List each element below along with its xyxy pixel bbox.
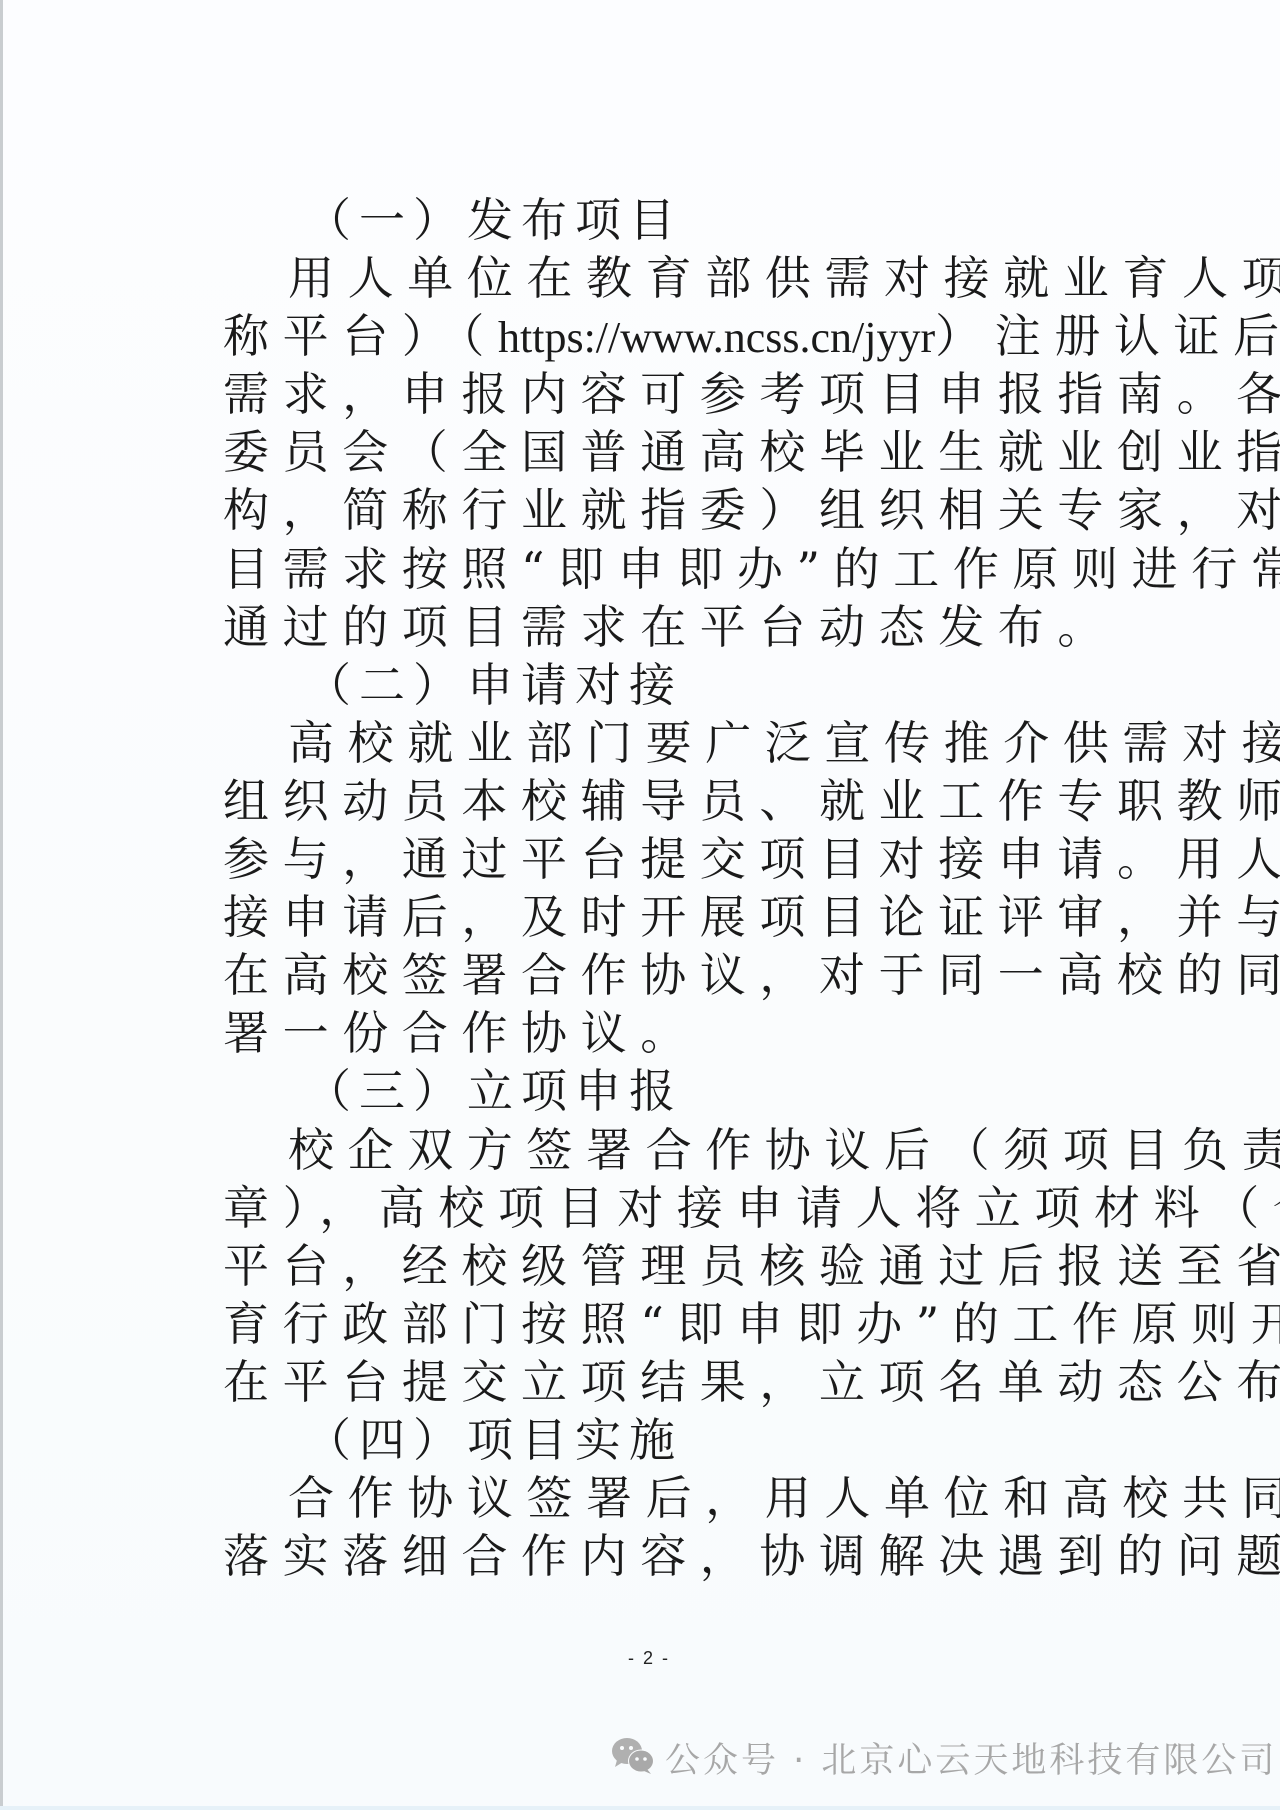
- section-heading: （四）项目实施: [223, 1411, 1069, 1469]
- paragraph-line: 在高校签署合作协议，对于同一高校的同一项目内容只能签: [223, 946, 1069, 1004]
- page-number: - 2 -: [603, 1648, 695, 1669]
- section-heading: （二）申请对接: [223, 656, 1069, 714]
- paragraph-line: 校企双方签署合作协议后（须项目负责人签字并加盖公: [223, 1121, 1069, 1179]
- paragraph-line: 接申请后，及时开展项目论证评审，并与审核通过的项目所: [223, 888, 1069, 946]
- text-segment: ）注册认证后，申报项目: [935, 309, 1280, 363]
- platform-url: https://www.ncss.cn/jyyr: [498, 313, 935, 362]
- paragraph-line: 合作协议签署后，用人单位和高校共同推动项目实施，: [223, 1469, 1069, 1527]
- paragraph-line: 育行政部门按照“即申即办”的工作原则开展常态化评审，: [223, 1295, 1069, 1353]
- paragraph-line: 称平台）（https://www.ncss.cn/jyyr）注册认证后，申报项目: [223, 307, 1069, 365]
- section-heading: （三）立项申报: [223, 1062, 1069, 1120]
- paragraph-line: 落实落细合作内容，协调解决遇到的问题。高校根据协议约: [223, 1527, 1069, 1585]
- text-segment: 称平台）（: [223, 309, 498, 363]
- watermark: 公众号 · 北京心云天地科技有限公司: [611, 1730, 1277, 1786]
- paragraph-line: 用人单位在教育部供需对接就业育人项目平台（以下简: [223, 249, 1069, 307]
- paragraph-line: 通过的项目需求在平台动态发布。: [223, 598, 1069, 656]
- watermark-text: 公众号 · 北京心云天地科技有限公司: [665, 1733, 1277, 1783]
- paragraph-line: 在平台提交立项结果，立项名单动态公布。: [223, 1353, 1069, 1411]
- paragraph-line: 高校就业部门要广泛宣传推介供需对接就业育人项目，: [223, 714, 1069, 772]
- page-bottom-edge: [0, 1806, 1280, 1810]
- paragraph-line: 目需求按照“即申即办”的工作原则进行常态化审核，审核: [223, 540, 1069, 598]
- paragraph-line: 需求，申报内容可参考项目申报指南。各行业就业创业指导: [223, 365, 1069, 423]
- section-heading: （一）发布项目: [223, 191, 1069, 249]
- paragraph-line: 委员会（全国普通高校毕业生就业创业指导委员会下设机: [223, 423, 1069, 481]
- paragraph-line: 章），高校项目对接申请人将立项材料（合作协议等）上传: [223, 1179, 1069, 1237]
- paragraph-line: 参与，通过平台提交项目对接申请。用人单位在收到项目对: [223, 830, 1069, 888]
- wechat-icon: [611, 1736, 655, 1780]
- paragraph-line: 平台，经校级管理员核验通过后报送至省级管理员。省级教: [223, 1237, 1069, 1295]
- paragraph-line: 署一份合作协议。: [223, 1004, 1069, 1062]
- document-page: （一）发布项目用人单位在教育部供需对接就业育人项目平台（以下简称平台）（http…: [0, 0, 1280, 1807]
- document-body: （一）发布项目用人单位在教育部供需对接就业育人项目平台（以下简称平台）（http…: [223, 191, 1069, 1585]
- paragraph-line: 组织动员本校辅导员、就业工作专职教师、任课教师等积极: [223, 772, 1069, 830]
- paragraph-line: 构，简称行业就指委）组织相关专家，对用人单位提交的项: [223, 481, 1069, 539]
